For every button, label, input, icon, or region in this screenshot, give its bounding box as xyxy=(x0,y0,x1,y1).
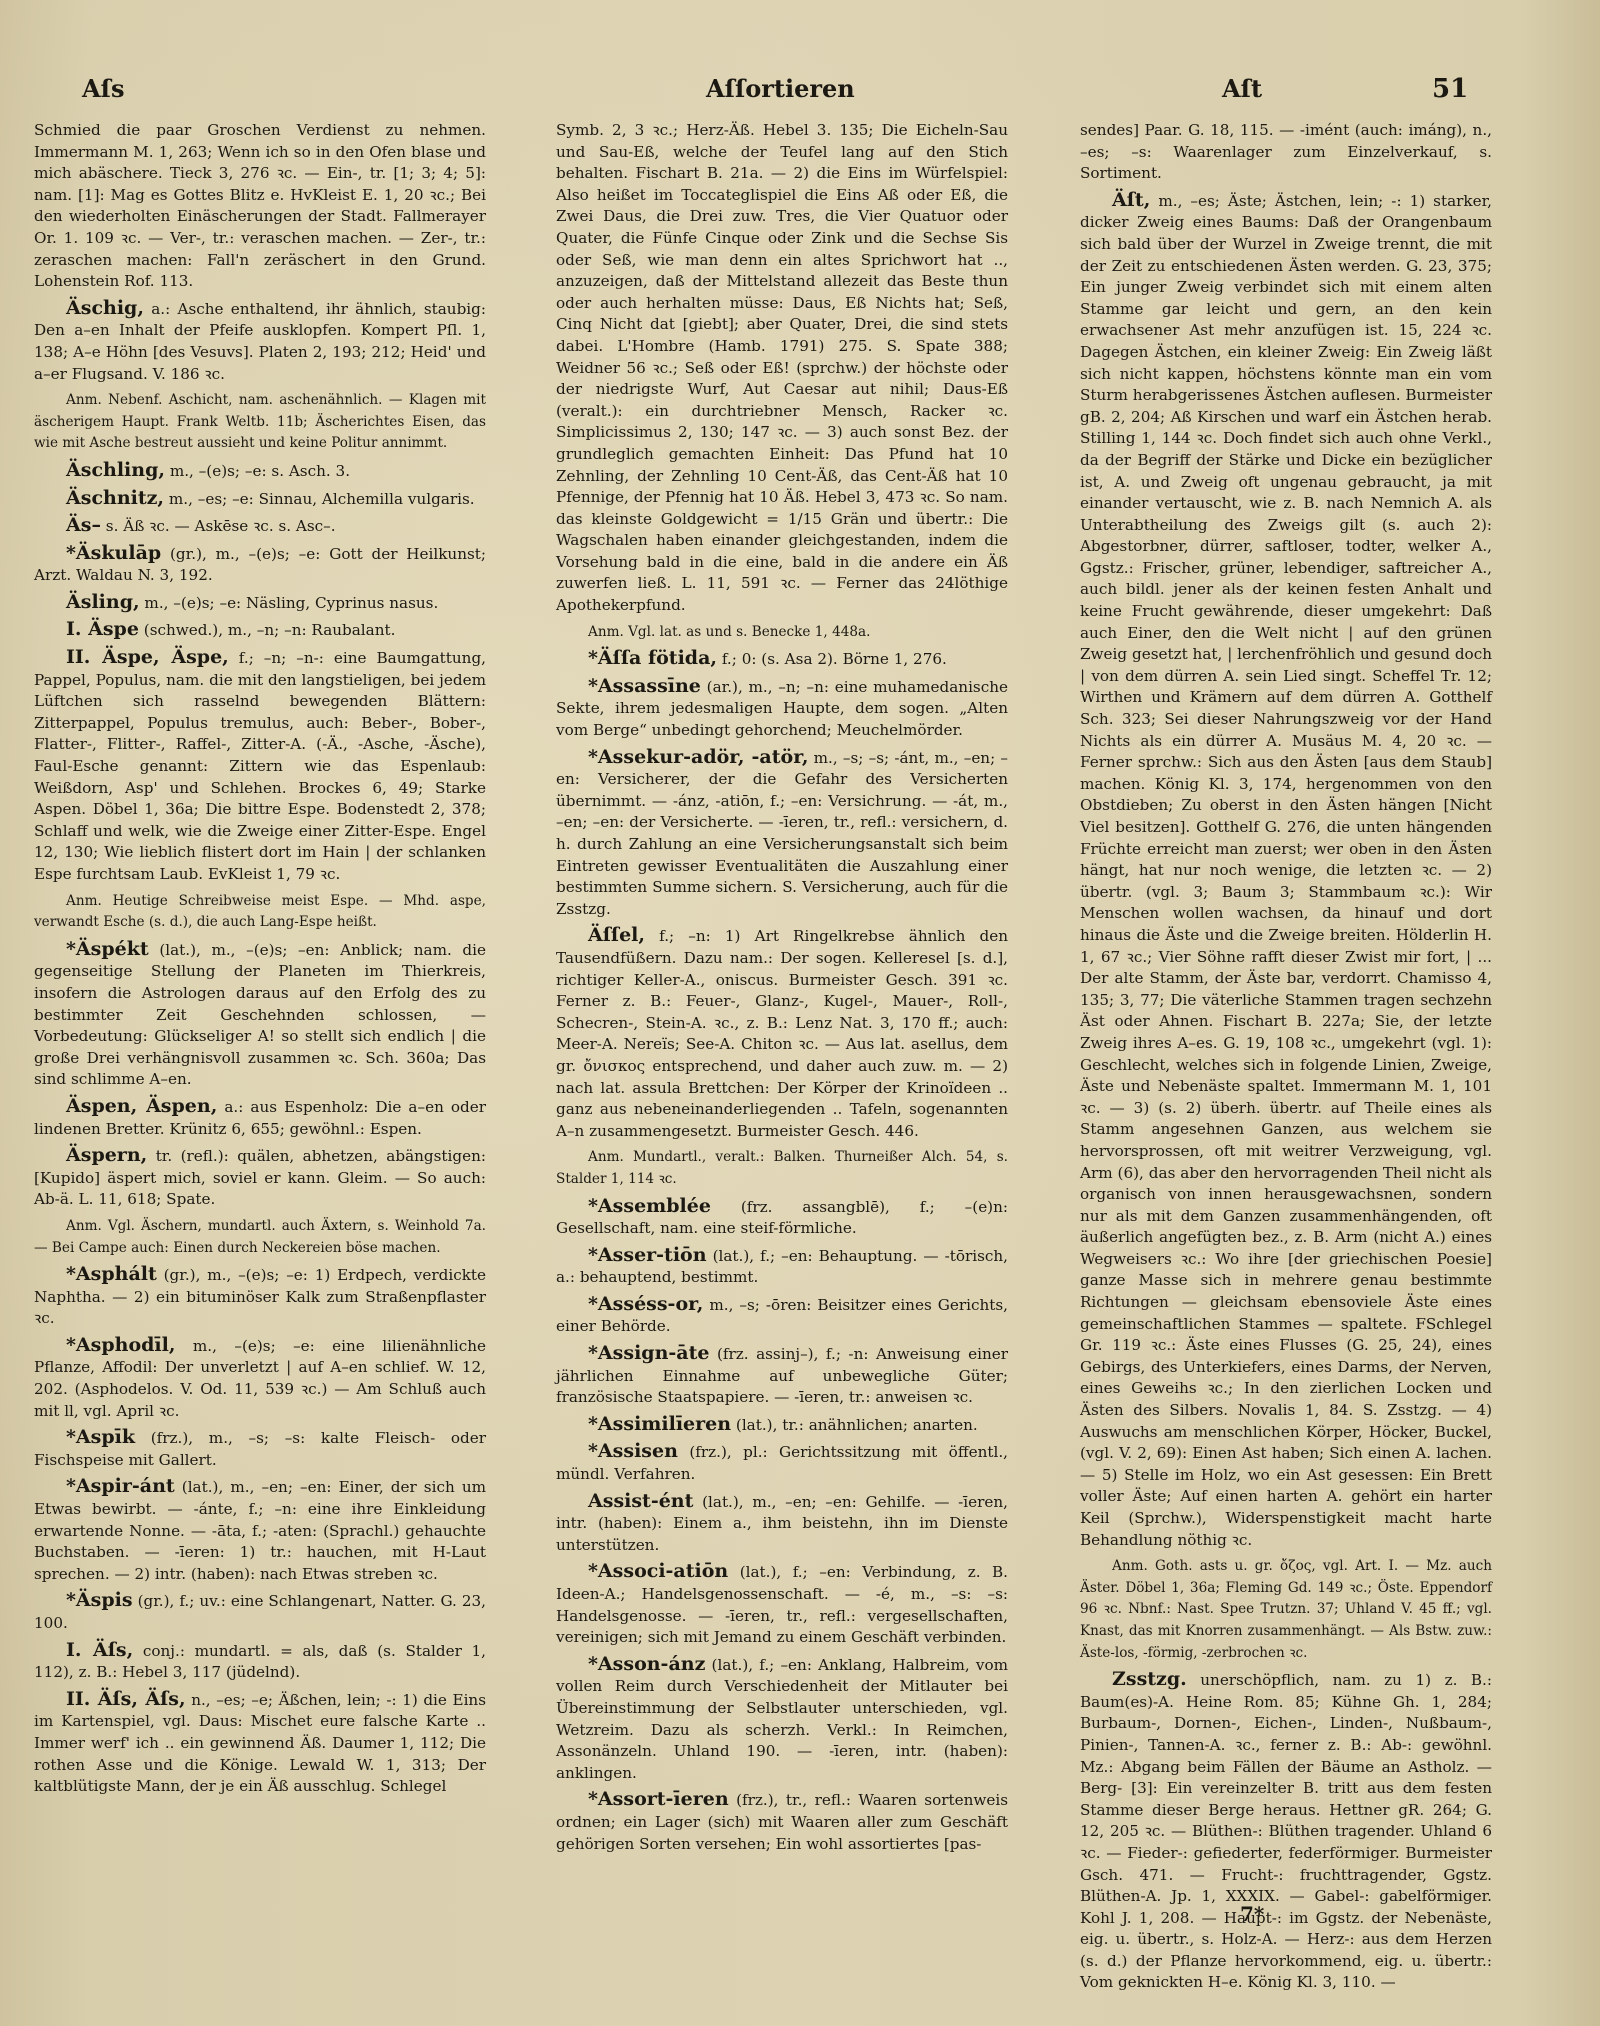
dictionary-entry: Schmied die paar Groschen Verdienst zu n… xyxy=(34,120,486,293)
entry-text: m., –(e)s; –e: s. Asch. 3. xyxy=(170,462,350,480)
entry-text: m., –(e)s; –e: Näsling, Cyprinus nasus. xyxy=(144,594,438,612)
entry-text: m., –es; Äste; Ästchen, lein; -: 1) star… xyxy=(1080,192,1492,1549)
headword: II. Äspe, Äspe, xyxy=(66,646,229,668)
column-left: Schmied die paar Groschen Verdienst zu n… xyxy=(34,120,486,1803)
headword: *Assassīne xyxy=(588,675,701,697)
running-header: Aſs Aſſortieren Aſt 51 xyxy=(0,74,1600,110)
dictionary-entry: *Äspékt (lat.), m., –(e)s; –en: Anblick;… xyxy=(34,939,486,1091)
entry-text: Anm. Heutige Schreibweise meist Espe. — … xyxy=(34,893,486,931)
dictionary-entry: Zsstzg. unerschöpflich, nam. zu 1) z. B.… xyxy=(1080,1669,1492,1994)
headword: *Asser-tiōn xyxy=(588,1244,707,1266)
headword: II. Äſs, Äſs, xyxy=(66,1688,186,1710)
annotation-paragraph: Anm. Goth. asts u. gr. ὄζος, vgl. Art. I… xyxy=(1080,1556,1492,1664)
headword: Äschig, xyxy=(66,297,144,319)
headword: Äs– xyxy=(66,514,101,536)
dictionary-entry: *Asson-ánz (lat.), f.; –en: Anklang, Hal… xyxy=(556,1654,1008,1785)
headword: *Äspis xyxy=(66,1589,133,1611)
dictionary-entry: Äschling, m., –(e)s; –e: s. Asch. 3. xyxy=(34,460,486,483)
scanned-dictionary-page: Aſs Aſſortieren Aſt 51 Schmied die paar … xyxy=(0,0,1600,2026)
entry-text: (lat.), m., –(e)s; –en: Anblick; nam. di… xyxy=(34,941,486,1089)
dictionary-entry: *Äskulāp (gr.), m., –(e)s; –e: Gott der … xyxy=(34,543,486,587)
column-middle: Symb. 2, 3 ꝛc.; Herz-Äß. Hebel 3. 135; D… xyxy=(556,120,1008,1860)
headword: *Assekur-adör, -atör, xyxy=(588,746,808,768)
headword: Assist-ént xyxy=(588,1490,693,1512)
headword: Äspen, Äspen, xyxy=(66,1095,217,1117)
headword: *Äskulāp xyxy=(66,542,161,564)
annotation-paragraph: Anm. Mundartl., veralt.: Balken. Thurnei… xyxy=(556,1147,1008,1190)
headword: *Äſſa fötida, xyxy=(588,647,717,669)
dictionary-entry: Äschnitz, m., –es; –e: Sinnau, Alchemill… xyxy=(34,488,486,511)
headword: Äſſel, xyxy=(588,924,645,946)
dictionary-entry: Äschig, a.: Asche enthaltend, ihr ähnlic… xyxy=(34,298,486,385)
dictionary-entry: Äspern, tr. (refl.): quälen, abhetzen, a… xyxy=(34,1145,486,1211)
dictionary-entry: *Asphodīl, m., –(e)s; –e: eine lilienähn… xyxy=(34,1335,486,1422)
entry-text: Anm. Nebenf. Aschicht, nam. aschenähnlic… xyxy=(34,392,486,451)
entry-text: Anm. Mundartl., veralt.: Balken. Thurnei… xyxy=(556,1149,1008,1187)
entry-text: Anm. Vgl. lat. as und s. Benecke 1, 448a… xyxy=(588,624,870,640)
entry-text: Anm. Vgl. Äschern, mundartl. auch Äxtern… xyxy=(34,1218,486,1256)
headword: Äschling, xyxy=(66,459,165,481)
page-number: 51 xyxy=(1432,74,1468,104)
headword: *Asphodīl, xyxy=(66,1334,175,1356)
headword: *Asphált xyxy=(66,1263,157,1285)
center-catchword: Aſſortieren xyxy=(706,74,855,103)
entry-text: m., –s; –s; -ánt, m., –en; –en: Versiche… xyxy=(556,749,1008,918)
headword: *Assort-īeren xyxy=(588,1788,729,1810)
column-right: sendes] Paar. G. 18, 115. — -imént (auch… xyxy=(1080,120,1492,1999)
annotation-paragraph: Anm. Vgl. Äschern, mundartl. auch Äxtern… xyxy=(34,1216,486,1259)
headword: I. Äſs, xyxy=(66,1639,133,1661)
dictionary-entry: *Assimilīeren (lat.), tr.: anähnlichen; … xyxy=(556,1414,1008,1437)
left-catchword: Aſs xyxy=(82,74,124,103)
dictionary-entry: I. Äſs, conj.: mundartl. = als, daß (s. … xyxy=(34,1640,486,1684)
headword: *Assemblée xyxy=(588,1195,711,1217)
dictionary-entry: Äsling, m., –(e)s; –e: Näsling, Cyprinus… xyxy=(34,592,486,615)
signature-mark: 7* xyxy=(1240,1902,1264,1926)
dictionary-entry: *Assort-īeren (frz.), tr., refl.: Waaren… xyxy=(556,1789,1008,1855)
entry-text: Anm. Goth. asts u. gr. ὄζος, vgl. Art. I… xyxy=(1080,1558,1492,1660)
entry-text: Schmied die paar Groschen Verdienst zu n… xyxy=(34,121,486,290)
entry-text: unerschöpflich, nam. zu 1) z. B.: Baum(e… xyxy=(1080,1671,1492,1991)
entry-text: s. Äß ꝛc. — Askēse ꝛc. s. Asc–. xyxy=(106,517,336,535)
dictionary-entry: II. Äspe, Äspe, f.; –n; –n-: eine Baumga… xyxy=(34,647,486,886)
entry-text: (lat.), tr.: anähnlichen; anarten. xyxy=(736,1416,978,1434)
dictionary-entry: *Associ-atiōn (lat.), f.; –en: Verbindun… xyxy=(556,1561,1008,1648)
headword: *Aspir-ánt xyxy=(66,1475,175,1497)
headword: Äspern, xyxy=(66,1144,147,1166)
headword: Äſt, xyxy=(1112,189,1150,211)
headword: Äschnitz, xyxy=(66,487,164,509)
dictionary-entry: Symb. 2, 3 ꝛc.; Herz-Äß. Hebel 3. 135; D… xyxy=(556,120,1008,617)
entry-text: m., –es; –e: Sinnau, Alchemilla vulgaris… xyxy=(169,490,475,508)
dictionary-entry: Äſſel, f.; –n: 1) Art Ringelkrebse ähnli… xyxy=(556,925,1008,1142)
entry-text: f.; –n: 1) Art Ringelkrebse ähnlich den … xyxy=(556,927,1008,1139)
dictionary-entry: I. Äspe (schwed.), m., –n; –n: Raubalant… xyxy=(34,619,486,642)
headword: *Aspīk xyxy=(66,1426,135,1448)
headword: Äsling, xyxy=(66,591,140,613)
entry-text: sendes] Paar. G. 18, 115. — -imént (auch… xyxy=(1080,121,1492,182)
dictionary-entry: *Assisen (frz.), pl.: Gerichtssitzung mi… xyxy=(556,1441,1008,1485)
dictionary-entry: *Assemblée (frz. assangblē), f.; –(e)n: … xyxy=(556,1196,1008,1240)
right-catchword: Aſt xyxy=(1222,74,1262,103)
dictionary-entry: Assist-ént (lat.), m., –en; –en: Gehilfe… xyxy=(556,1491,1008,1557)
entry-text: Symb. 2, 3 ꝛc.; Herz-Äß. Hebel 3. 135; D… xyxy=(556,121,1008,614)
headword: *Assimilīeren xyxy=(588,1413,731,1435)
headword: Zsstzg. xyxy=(1112,1668,1187,1690)
entry-text: f.; 0: (s. Asa 2). Börne 1, 276. xyxy=(722,650,947,668)
headword: *Asson-ánz xyxy=(588,1653,705,1675)
headword: I. Äspe xyxy=(66,618,139,640)
headword: *Äspékt xyxy=(66,938,149,960)
headword: *Assign-āte xyxy=(588,1342,709,1364)
dictionary-entry: *Assassīne (ar.), m., –n; –n: eine muham… xyxy=(556,676,1008,742)
dictionary-entry: *Äspis (gr.), f.; uv.: eine Schlangenart… xyxy=(34,1590,486,1634)
headword: *Asséss-or, xyxy=(588,1293,703,1315)
dictionary-entry: *Asser-tiōn (lat.), f.; –en: Behauptung.… xyxy=(556,1245,1008,1289)
dictionary-entry: Äspen, Äspen, a.: aus Espenholz: Die a–e… xyxy=(34,1096,486,1140)
annotation-paragraph: Anm. Heutige Schreibweise meist Espe. — … xyxy=(34,891,486,934)
dictionary-entry: Äs– s. Äß ꝛc. — Askēse ꝛc. s. Asc–. xyxy=(34,515,486,538)
headword: *Associ-atiōn xyxy=(588,1560,728,1582)
dictionary-entry: *Asphált (gr.), m., –(e)s; –e: 1) Erdpec… xyxy=(34,1264,486,1330)
annotation-paragraph: Anm. Vgl. lat. as und s. Benecke 1, 448a… xyxy=(556,622,1008,644)
dictionary-entry: sendes] Paar. G. 18, 115. — -imént (auch… xyxy=(1080,120,1492,185)
entry-text: f.; –n; –n-: eine Baumgattung, Pappel, P… xyxy=(34,649,486,883)
headword: *Assisen xyxy=(588,1440,678,1462)
dictionary-entry: *Aspīk (frz.), m., –s; –s: kalte Fleisch… xyxy=(34,1427,486,1471)
dictionary-entry: *Äſſa fötida, f.; 0: (s. Asa 2). Börne 1… xyxy=(556,648,1008,671)
dictionary-entry: *Assekur-adör, -atör, m., –s; –s; -ánt, … xyxy=(556,747,1008,921)
entry-text: (schwed.), m., –n; –n: Raubalant. xyxy=(144,621,396,639)
dictionary-entry: II. Äſs, Äſs, n., –es; –e; Äßchen, lein;… xyxy=(34,1689,486,1798)
dictionary-entry: *Asséss-or, m., –s; -ōren: Beisitzer ein… xyxy=(556,1294,1008,1338)
dictionary-entry: Äſt, m., –es; Äste; Ästchen, lein; -: 1)… xyxy=(1080,190,1492,1551)
dictionary-entry: *Aspir-ánt (lat.), m., –en; –en: Einer, … xyxy=(34,1476,486,1585)
dictionary-entry: *Assign-āte (frz. assinj–), f.; -n: Anwe… xyxy=(556,1343,1008,1409)
annotation-paragraph: Anm. Nebenf. Aschicht, nam. aschenähnlic… xyxy=(34,390,486,455)
